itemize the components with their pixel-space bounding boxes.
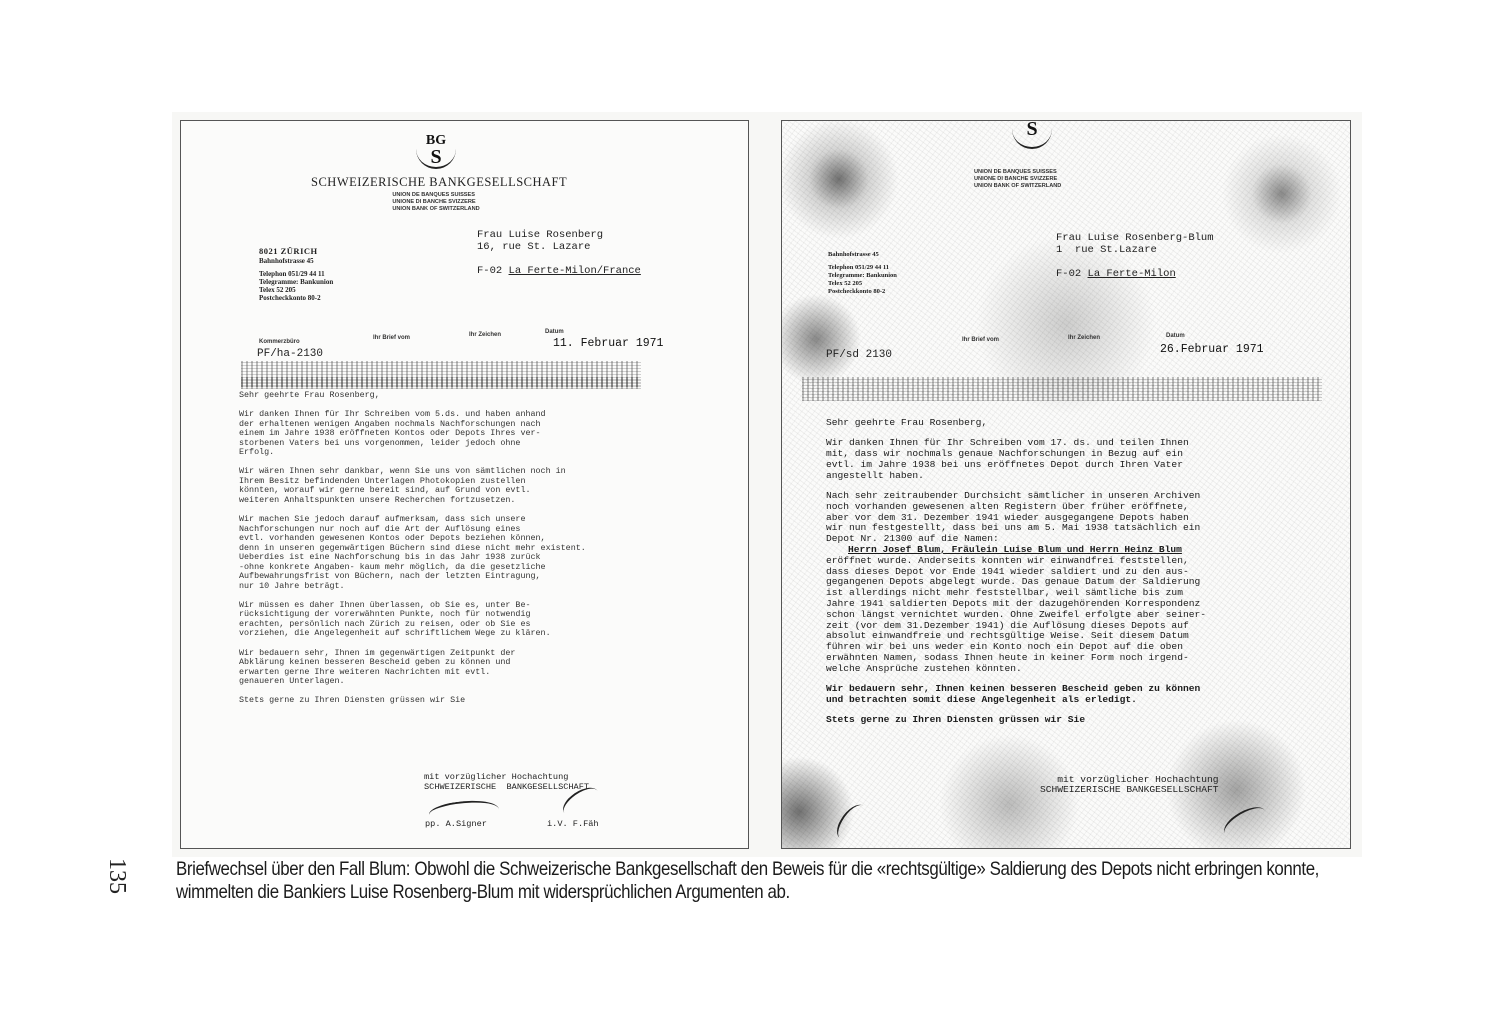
bank-name-it: UNIONE DI BANCHE SVIZZERE (392, 199, 479, 206)
letter-date: 26.Februar 1971 (1160, 343, 1264, 356)
letter-body: Sehr geehrte Frau Rosenberg,Wir danken I… (239, 391, 586, 715)
sbg-logo-icon: S (1012, 121, 1052, 149)
salutation: Sehr geehrte Frau Rosenberg, (826, 418, 1206, 429)
paragraph: Wir machen Sie jedoch darauf aufmerksam,… (239, 515, 586, 591)
figure-caption: Briefwechsel über den Fall Blum: Obwohl … (176, 858, 1359, 904)
bank-subtitles: UNION DE BANQUES SUISSES UNIONE DI BANCH… (974, 169, 1061, 190)
paragraph: Wir bedauern sehr, Ihnen im gegenwärtige… (239, 649, 586, 687)
letter-body: Sehr geehrte Frau Rosenberg,Wir danken I… (826, 418, 1206, 735)
signature-right-icon (1220, 800, 1270, 844)
letter-left-11-feb-1971: BG S SCHWEIZERISCHE BANKGESELLSCHAFT UNI… (180, 120, 749, 849)
letter-right-26-feb-1971: S UNION DE BANQUES SUISSES UNIONE DI BAN… (781, 120, 1351, 849)
bank-name-fr: UNION DE BANQUES SUISSES (392, 192, 479, 199)
recipient-address: Frau Luise Rosenberg-Blum 1 rue St.Lazar… (1056, 232, 1214, 280)
sender-address: 8021 ZÜRICH Bahnhofstrasse 45 Telephon 0… (259, 247, 333, 302)
paragraph: Wir danken Ihnen für Ihr Schreiben vom 1… (826, 438, 1206, 481)
paragraph: Wir danken Ihnen für Ihr Schreiben vom 5… (239, 410, 586, 458)
redaction-band (802, 377, 1322, 401)
paragraph: eröffnet wurde. Anderseits konnten wir e… (826, 556, 1206, 675)
bank-logo: S (972, 121, 1092, 149)
signature-left-icon (832, 799, 871, 845)
bank-logo: BG S SCHWEIZERISCHE BANKGESELLSCHAFT UNI… (311, 133, 561, 215)
reference-number: PF/ha-2130 (257, 348, 323, 360)
closing-formula: mit vorzüglicher Hochachtung SCHWEIZERIS… (1040, 775, 1218, 795)
signatory-signer: pp. A.Signer (425, 819, 487, 829)
closing-formula: mit vorzüglicher Hochachtung SCHWEIZERIS… (424, 773, 589, 792)
paragraph: Wir wären Ihnen sehr dankbar, wenn Sie u… (239, 467, 586, 505)
paragraph: Nach sehr zeitraubender Durchsicht sämtl… (826, 491, 1206, 545)
letter-date: 11. Februar 1971 (553, 337, 663, 350)
sender-address: Bahnhofstrasse 45 Telephon 051/29 44 11 … (828, 251, 897, 296)
page-number: 135 (103, 858, 130, 918)
sbg-logo-icon: BG S (416, 133, 456, 169)
paragraph: Wir müssen es daher Ihnen überlassen, ob… (239, 601, 586, 639)
bank-name: SCHWEIZERISCHE BANKGESELLSCHAFT (311, 175, 561, 190)
reference-number: PF/sd 2130 (826, 349, 892, 361)
redaction-band (241, 377, 641, 389)
paragraph: Wir bedauern sehr, Ihnen keinen besseren… (826, 684, 1206, 706)
recipient-address: Frau Luise Rosenberg 16, rue St. Lazare … (477, 229, 641, 277)
signatory-faeh: i.V. F.Fäh (547, 819, 599, 829)
paragraph: Stets gerne zu Ihren Diensten grüssen wi… (239, 696, 586, 706)
salutation: Sehr geehrte Frau Rosenberg, (239, 391, 586, 401)
bank-name-en: UNION BANK OF SWITZERLAND (392, 206, 479, 213)
paragraph: Stets gerne zu Ihren Diensten grüssen wi… (826, 715, 1206, 726)
